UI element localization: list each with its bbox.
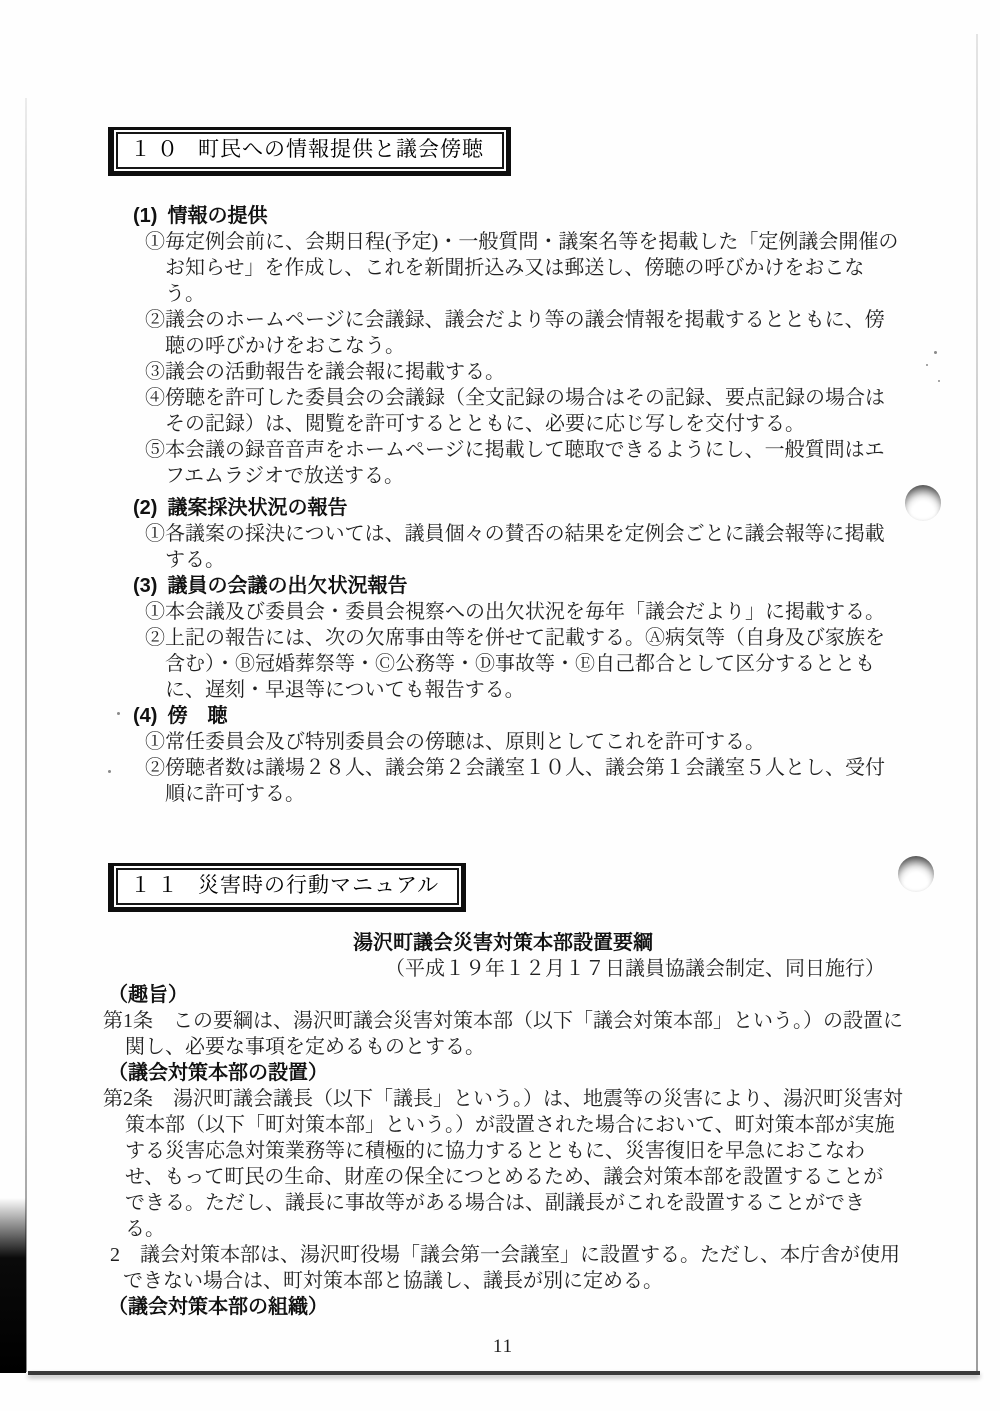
section-10-title: 町民への情報提供と議会傍聴 <box>198 138 484 161</box>
section-11-header: １１災害時の行動マニュアル <box>116 868 459 905</box>
subsection-2-label: (2) <box>133 497 157 519</box>
punch-hole-top <box>905 485 941 521</box>
list-item: ④傍聴を許可した委員会の会議録（全文記録の場合はその記録、要点記録の場合はその記… <box>103 385 903 437</box>
heading-establishment: （議会対策本部の設置） <box>108 1060 903 1086</box>
subsection-3: (3)議員の会議の出欠状況報告 ①本会議及び委員会・委員会視察への出欠状況を毎年… <box>103 573 903 703</box>
heading-organization: （議会対策本部の組織） <box>108 1294 903 1320</box>
list-item: ②議会のホームページに会議録、議会だより等の議会情報を掲載するとともに、傍聴の呼… <box>103 307 903 359</box>
section-10-number: １０ <box>130 138 184 161</box>
regulation-enactment-date: （平成１９年１２月１７日議員協議会制定、同日施行） <box>103 956 903 982</box>
subsection-2: (2)議案採決状況の報告 ①各議案の採決については、議員個々の賛否の結果を定例会… <box>103 495 903 573</box>
section-10-header-box: １０町民への情報提供と議会傍聴 <box>108 127 511 176</box>
subsection-4: (4)傍 聴 ①常任委員会及び特別委員会の傍聴は、原則としてこれを許可する。 ②… <box>103 703 903 807</box>
scan-speck <box>926 364 928 366</box>
article-2-clause-2: 2 議会対策本部は、湯沢町役場「議会第一会議室」に設置する。ただし、本庁舎が使用… <box>103 1242 903 1294</box>
heading-purpose: （趣旨） <box>108 982 903 1008</box>
article-1: 第1条 この要綱は、湯沢町議会災害対策本部（以下「議会対策本部」という。）の設置… <box>103 1008 903 1060</box>
subsection-2-title: 議案採決状況の報告 <box>167 497 347 519</box>
section-11-header-box: １１災害時の行動マニュアル <box>108 863 466 912</box>
scan-corner-shadow <box>0 1198 26 1373</box>
subsection-1-heading: (1)情報の提供 <box>133 203 903 229</box>
subsection-4-title: 傍 聴 <box>167 705 227 727</box>
list-item: ②上記の報告には、次の欠席事由等を併せて記載する。Ⓐ病気等（自身及び家族を含む）… <box>103 625 903 703</box>
scan-speck <box>938 380 940 382</box>
subsection-4-label: (4) <box>133 705 157 727</box>
list-item: ①本会議及び委員会・委員会視察への出欠状況を毎年「議会だより」に掲載する。 <box>103 599 903 625</box>
page-edge-bottom <box>28 1371 980 1375</box>
list-item: ③議会の活動報告を議会報に掲載する。 <box>103 359 903 385</box>
scanned-document-page: １０町民への情報提供と議会傍聴 (1)情報の提供 ①毎定例会前に、会期日程(予定… <box>0 0 1000 1411</box>
regulation-title: 湯沢町議会災害対策本部設置要綱 <box>103 930 903 956</box>
subsection-2-heading: (2)議案採決状況の報告 <box>133 495 903 521</box>
list-item: ②傍聴者数は議場２８人、議会第２会議室１０人、議会第１会議室５人とし、受付順に許… <box>103 755 903 807</box>
section-11-number: １１ <box>130 874 184 897</box>
subsection-1-label: (1) <box>133 205 157 227</box>
list-item: ⑤本会議の録音音声をホームページに掲載して聴取できるようにし、一般質問はエフエム… <box>103 437 903 489</box>
subsection-3-title: 議員の会議の出欠状況報告 <box>167 575 407 597</box>
list-item: ①各議案の採決については、議員個々の賛否の結果を定例会ごとに議会報等に掲載する。 <box>103 521 903 573</box>
scan-speck <box>934 351 937 354</box>
page-number: 11 <box>103 1334 903 1360</box>
section-11-title: 災害時の行動マニュアル <box>198 874 439 897</box>
subsection-1-title: 情報の提供 <box>167 205 267 227</box>
list-item: ①毎定例会前に、会期日程(予定)・一般質問・議案名等を掲載した「定例議会開催のお… <box>103 229 903 307</box>
list-item: ①常任委員会及び特別委員会の傍聴は、原則としてこれを許可する。 <box>103 729 903 755</box>
document-content: １０町民への情報提供と議会傍聴 (1)情報の提供 ①毎定例会前に、会期日程(予定… <box>103 127 903 1360</box>
section-10-header: １０町民への情報提供と議会傍聴 <box>116 132 504 169</box>
page-edge-right <box>976 34 978 1372</box>
article-2: 第2条 湯沢町議会議長（以下「議長」という。）は、地震等の災害により、湯沢町災害… <box>103 1086 903 1242</box>
subsection-3-heading: (3)議員の会議の出欠状況報告 <box>133 573 903 599</box>
subsection-4-heading: (4)傍 聴 <box>133 703 903 729</box>
subsection-1: (1)情報の提供 ①毎定例会前に、会期日程(予定)・一般質問・議案名等を掲載した… <box>103 203 903 489</box>
page-edge-left <box>25 98 27 1372</box>
subsection-3-label: (3) <box>133 575 157 597</box>
punch-hole-bottom <box>898 856 934 892</box>
